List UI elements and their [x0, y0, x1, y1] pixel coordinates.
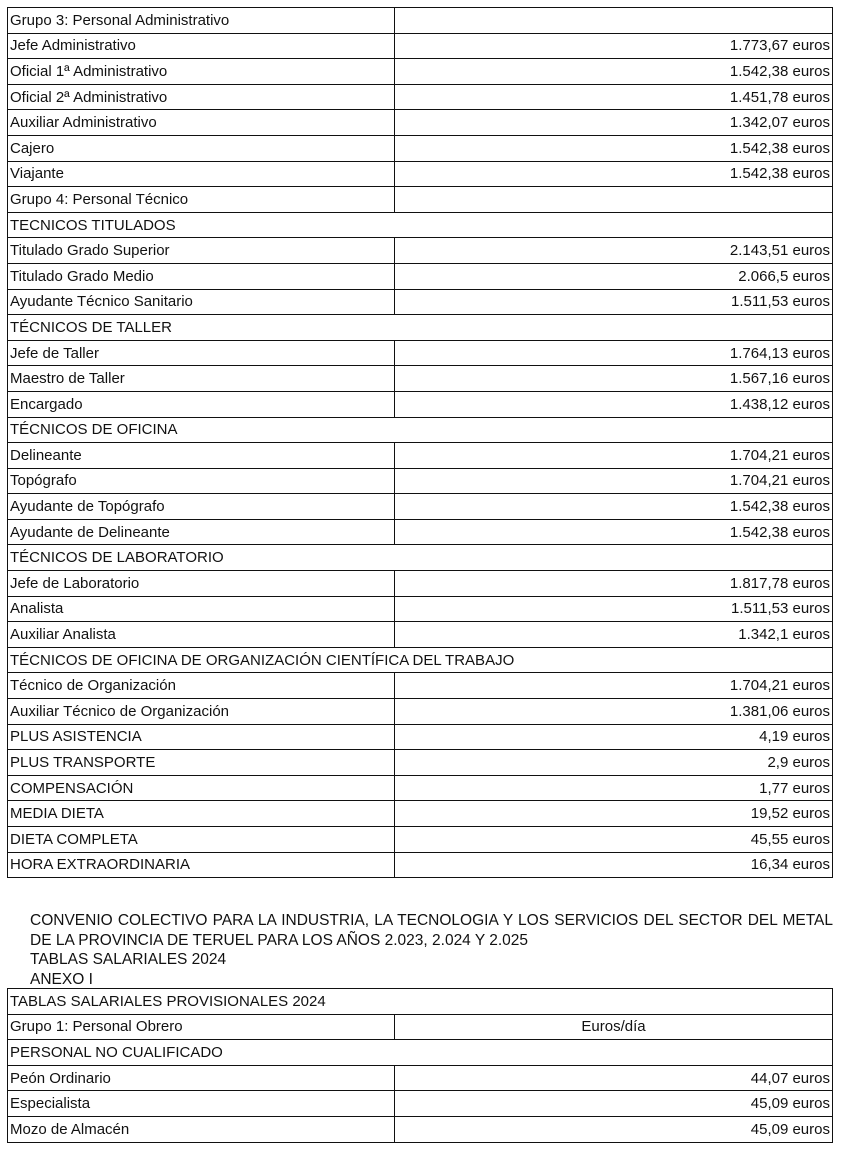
table-row: Cajero1.542,38 euros	[8, 135, 833, 161]
table-row: Auxiliar Administrativo1.342,07 euros	[8, 110, 833, 136]
table-row: HORA EXTRAORDINARIA16,34 euros	[8, 852, 833, 878]
category-label: Especialista	[8, 1091, 395, 1117]
salary-table-2024: TABLAS SALARIALES PROVISIONALES 2024Grup…	[7, 988, 833, 1143]
section-header-row: TABLAS SALARIALES PROVISIONALES 2024	[8, 989, 833, 1015]
table-row: MEDIA DIETA19,52 euros	[8, 801, 833, 827]
salary-value: 1.451,78 euros	[395, 84, 833, 110]
category-label: Oficial 1ª Administrativo	[8, 59, 395, 85]
category-label: Oficial 2ª Administrativo	[8, 84, 395, 110]
table-row: Delineante1.704,21 euros	[8, 443, 833, 469]
table-row: Oficial 2ª Administrativo1.451,78 euros	[8, 84, 833, 110]
salary-table-body: Grupo 3: Personal AdministrativoJefe Adm…	[8, 8, 833, 878]
category-label: MEDIA DIETA	[8, 801, 395, 827]
table-row: Ayudante de Delineante1.542,38 euros	[8, 519, 833, 545]
table-row: Ayudante de Topógrafo1.542,38 euros	[8, 494, 833, 520]
salary-table-2023: Grupo 3: Personal AdministrativoJefe Adm…	[7, 7, 833, 878]
table-row: Oficial 1ª Administrativo1.542,38 euros	[8, 59, 833, 85]
group-label: Grupo 4: Personal Técnico	[8, 187, 395, 213]
salary-value: 1.773,67 euros	[395, 33, 833, 59]
annex-label: ANEXO I	[7, 970, 833, 990]
section-label: TÉCNICOS DE LABORATORIO	[8, 545, 833, 571]
category-label: Jefe Administrativo	[8, 33, 395, 59]
section-header-row: TÉCNICOS DE OFICINA	[8, 417, 833, 443]
salary-value	[395, 8, 833, 34]
category-label: Jefe de Taller	[8, 340, 395, 366]
category-label: Titulado Grado Medio	[8, 263, 395, 289]
salary-value: 2,9 euros	[395, 750, 833, 776]
salary-tables-subtitle: TABLAS SALARIALES 2024	[7, 950, 833, 970]
category-label: HORA EXTRAORDINARIA	[8, 852, 395, 878]
section-header-row: TÉCNICOS DE LABORATORIO	[8, 545, 833, 571]
salary-value: 1.542,38 euros	[395, 59, 833, 85]
category-label: Ayudante Técnico Sanitario	[8, 289, 395, 315]
salary-value: 4,19 euros	[395, 724, 833, 750]
salary-value: 1.542,38 euros	[395, 161, 833, 187]
table-row: Encargado1.438,12 euros	[8, 391, 833, 417]
category-label: Peón Ordinario	[8, 1065, 395, 1091]
category-label: Ayudante de Topógrafo	[8, 494, 395, 520]
group-label: Grupo 3: Personal Administrativo	[8, 8, 395, 34]
salary-value: 1.542,38 euros	[395, 494, 833, 520]
salary-value: 1.704,21 euros	[395, 468, 833, 494]
category-label: COMPENSACIÓN	[8, 775, 395, 801]
salary-value: 45,55 euros	[395, 827, 833, 853]
section-label: PERSONAL NO CUALIFICADO	[8, 1040, 833, 1066]
table-row: Peón Ordinario44,07 euros	[8, 1065, 833, 1091]
category-label: Titulado Grado Superior	[8, 238, 395, 264]
salary-value: 1.381,06 euros	[395, 699, 833, 725]
salary-value: 44,07 euros	[395, 1065, 833, 1091]
table-row: PLUS ASISTENCIA4,19 euros	[8, 724, 833, 750]
category-label: Delineante	[8, 443, 395, 469]
salary-value: 1.542,38 euros	[395, 519, 833, 545]
salary-value: 19,52 euros	[395, 801, 833, 827]
section-label: TÉCNICOS DE OFICINA	[8, 417, 833, 443]
section-header-row: TÉCNICOS DE OFICINA DE ORGANIZACIÓN CIEN…	[8, 647, 833, 673]
table-row: DIETA COMPLETA45,55 euros	[8, 827, 833, 853]
salary-value: 1.511,53 euros	[395, 289, 833, 315]
category-label: DIETA COMPLETA	[8, 827, 395, 853]
table-row: Topógrafo1.704,21 euros	[8, 468, 833, 494]
salary-value: 1.542,38 euros	[395, 135, 833, 161]
category-label: Auxiliar Administrativo	[8, 110, 395, 136]
category-label: Auxiliar Técnico de Organización	[8, 699, 395, 725]
section-header-row: TECNICOS TITULADOS	[8, 212, 833, 238]
category-label: Maestro de Taller	[8, 366, 395, 392]
section-label: TECNICOS TITULADOS	[8, 212, 833, 238]
salary-value: 1.704,21 euros	[395, 673, 833, 699]
salary-value: 45,09 euros	[395, 1116, 833, 1142]
section-label: TÉCNICOS DE OFICINA DE ORGANIZACIÓN CIEN…	[8, 647, 833, 673]
salary-value: 1.567,16 euros	[395, 366, 833, 392]
category-label: Topógrafo	[8, 468, 395, 494]
category-label: Ayudante de Delineante	[8, 519, 395, 545]
category-label: Analista	[8, 596, 395, 622]
table-row: Titulado Grado Medio2.066,5 euros	[8, 263, 833, 289]
salary-value: 1.764,13 euros	[395, 340, 833, 366]
group-header-row: Grupo 3: Personal Administrativo	[8, 8, 833, 34]
salary-value: 1.704,21 euros	[395, 443, 833, 469]
table-row: Mozo de Almacén45,09 euros	[8, 1116, 833, 1142]
salary-value: 1.342,07 euros	[395, 110, 833, 136]
table-row: Técnico de Organización1.704,21 euros	[8, 673, 833, 699]
table-row: Jefe de Taller1.764,13 euros	[8, 340, 833, 366]
category-label: Encargado	[8, 391, 395, 417]
table-row: Especialista45,09 euros	[8, 1091, 833, 1117]
salary-value: 16,34 euros	[395, 852, 833, 878]
salary-value: 1,77 euros	[395, 775, 833, 801]
salary-value: 1.342,1 euros	[395, 622, 833, 648]
table-row: Auxiliar Técnico de Organización1.381,06…	[8, 699, 833, 725]
salary-value	[395, 187, 833, 213]
category-label: PLUS TRANSPORTE	[8, 750, 395, 776]
section-label: TABLAS SALARIALES PROVISIONALES 2024	[8, 989, 833, 1015]
table-row: Analista1.511,53 euros	[8, 596, 833, 622]
salary-value: 1.511,53 euros	[395, 596, 833, 622]
category-label: PLUS ASISTENCIA	[8, 724, 395, 750]
salary-value: 2.066,5 euros	[395, 263, 833, 289]
table-row: PLUS TRANSPORTE2,9 euros	[8, 750, 833, 776]
group-label: Grupo 1: Personal Obrero	[8, 1014, 395, 1040]
document-heading: CONVENIO COLECTIVO PARA LA INDUSTRIA, LA…	[7, 911, 833, 989]
salary-value: 1.817,78 euros	[395, 571, 833, 597]
table-row: Auxiliar Analista1.342,1 euros	[8, 622, 833, 648]
category-label: Cajero	[8, 135, 395, 161]
category-label: Auxiliar Analista	[8, 622, 395, 648]
table-row: Jefe Administrativo1.773,67 euros	[8, 33, 833, 59]
table-row: Maestro de Taller1.567,16 euros	[8, 366, 833, 392]
category-label: Mozo de Almacén	[8, 1116, 395, 1142]
table-row: COMPENSACIÓN1,77 euros	[8, 775, 833, 801]
table-row: Titulado Grado Superior2.143,51 euros	[8, 238, 833, 264]
table-row: Jefe de Laboratorio1.817,78 euros	[8, 571, 833, 597]
table-row: Ayudante Técnico Sanitario1.511,53 euros	[8, 289, 833, 315]
salary-value: 1.438,12 euros	[395, 391, 833, 417]
section-header-row: PERSONAL NO CUALIFICADO	[8, 1040, 833, 1066]
unit-header: Euros/día	[395, 1014, 833, 1040]
salary-value: 45,09 euros	[395, 1091, 833, 1117]
section-header-row: TÉCNICOS DE TALLER	[8, 315, 833, 341]
category-label: Técnico de Organización	[8, 673, 395, 699]
salary-table-body: TABLAS SALARIALES PROVISIONALES 2024Grup…	[8, 989, 833, 1143]
table-row: Viajante1.542,38 euros	[8, 161, 833, 187]
section-label: TÉCNICOS DE TALLER	[8, 315, 833, 341]
salary-value: 2.143,51 euros	[395, 238, 833, 264]
category-label: Jefe de Laboratorio	[8, 571, 395, 597]
agreement-title: CONVENIO COLECTIVO PARA LA INDUSTRIA, LA…	[7, 911, 833, 950]
column-header-row: Grupo 1: Personal ObreroEuros/día	[8, 1014, 833, 1040]
group-header-row: Grupo 4: Personal Técnico	[8, 187, 833, 213]
category-label: Viajante	[8, 161, 395, 187]
